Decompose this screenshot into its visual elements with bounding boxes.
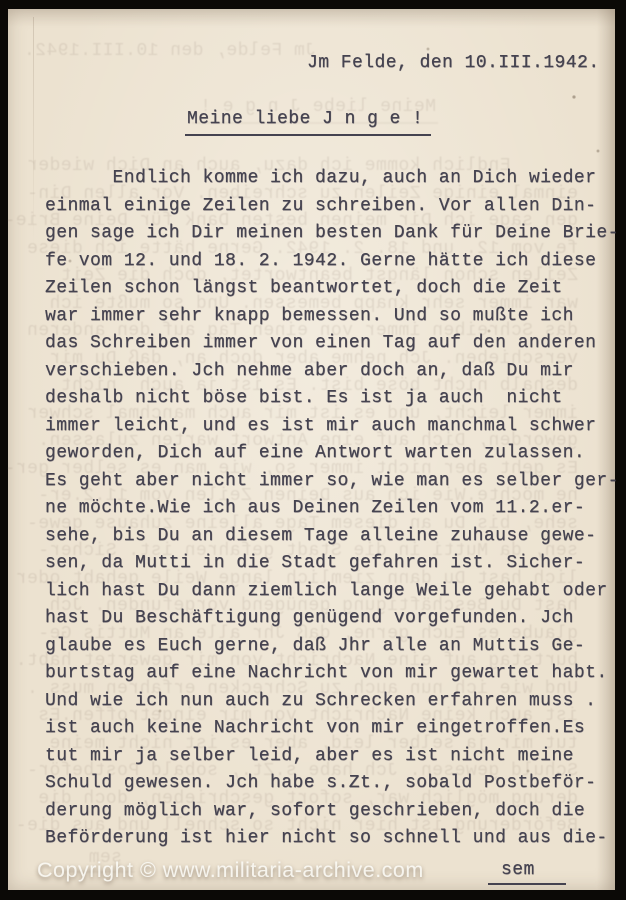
letter-catchword: sem: [488, 860, 566, 885]
letter-line: hast Du Beschäftigung genügend vorgefund…: [45, 605, 619, 633]
letter-body: Endlich komme ich dazu, auch an Dich wie…: [45, 165, 619, 853]
letter-line: Beförderung ist hier nicht so schnell un…: [45, 825, 619, 853]
letter-line: Und wie ich nun auch zu Schrecken erfahr…: [45, 688, 619, 716]
letter-line: ist auch keine Nachricht von mir eingetr…: [45, 715, 619, 743]
scanned-letter-photo: Jm Felde, den 10.III.1942. Meine liebe J…: [0, 0, 626, 900]
copyright-watermark: Copyright © www.militaria-archive.com: [37, 858, 424, 883]
letter-line: Endlich komme ich dazu, auch an Dich wie…: [45, 165, 619, 193]
letter-line: Schuld gewesen. Jch habe s.Zt., sobald P…: [45, 770, 619, 798]
letter-line: deshalb nicht böse bist. Es ist ja auch …: [45, 385, 619, 413]
letter-line: fe vom 12. und 18. 2. 1942. Gerne hätte …: [45, 248, 619, 276]
letter-line: geworden, Dich auf eine Antwort warten z…: [45, 440, 619, 468]
letter-line: Zeilen schon längst beantwortet, doch di…: [45, 275, 619, 303]
letter-salutation: Meine liebe J n g e !: [185, 109, 431, 136]
letter-content: Jm Felde, den 10.III.1942. Meine liebe J…: [8, 9, 615, 890]
letter-line: lich hast Du dann ziemlich lange Weile g…: [45, 578, 619, 606]
letter-line: sehe, bis Du an diesem Tage alleine zuha…: [45, 523, 619, 551]
letter-line: das Schreiben immer von einen Tag auf de…: [45, 330, 619, 358]
letter-line: Es geht aber nicht immer so, wie man es …: [45, 468, 619, 496]
letter-line: tut mir ja selber leid, aber es ist nich…: [45, 743, 619, 771]
letter-line: verschieben. Jch nehme aber doch an, daß…: [45, 358, 619, 386]
letter-line: glaube es Euch gerne, daß Jhr alle an Mu…: [45, 633, 619, 661]
letter-dateline: Jm Felde, den 10.III.1942.: [307, 53, 600, 73]
letter-paper: Jm Felde, den 10.III.1942. Meine liebe J…: [8, 9, 615, 890]
letter-line: war immer sehr knapp bemessen. Und so mu…: [45, 303, 619, 331]
letter-line: einmal einige Zeilen zu schreiben. Vor a…: [45, 193, 619, 221]
letter-line: derung möglich war, sofort geschrieben, …: [45, 798, 619, 826]
letter-line: sen, da Mutti in die Stadt gefahren ist.…: [45, 550, 619, 578]
letter-line: gen sage ich Dir meinen besten Dank für …: [45, 220, 619, 248]
letter-line: immer leicht, und es ist mir auch manchm…: [45, 413, 619, 441]
letter-line: burtstag auf eine Nachricht von mir gewa…: [45, 660, 619, 688]
letter-line: ne möchte.Wie ich aus Deinen Zeilen vom …: [45, 495, 619, 523]
